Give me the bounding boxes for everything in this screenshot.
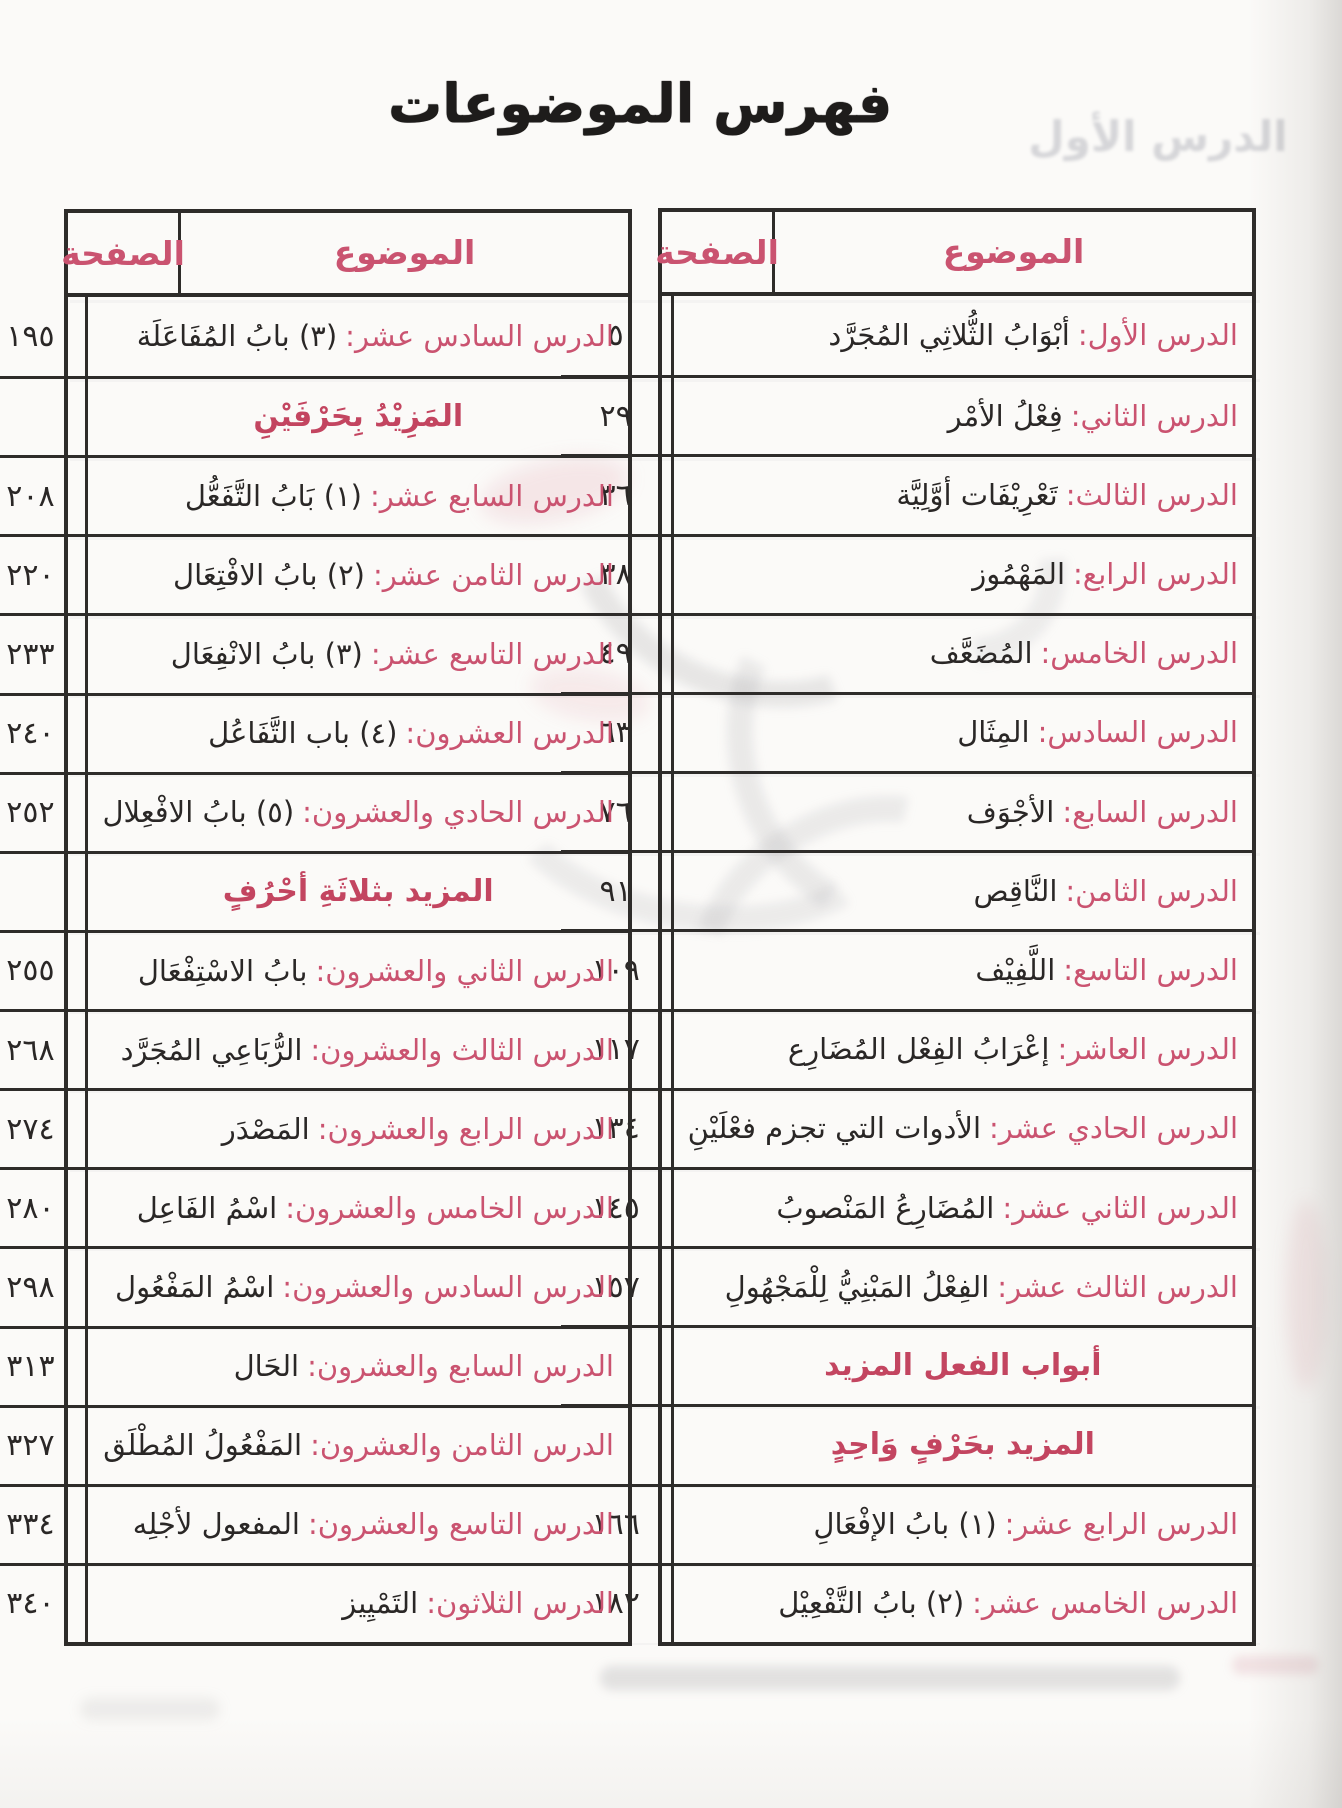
topic-title: تَعْرِيْفَات أوَّلِيَّة xyxy=(896,473,1057,518)
section-heading-row: المزيد بثلاثَةِ أحْرُفٍ xyxy=(0,851,628,930)
lesson-label: الدرس الأول: xyxy=(1078,313,1238,358)
topic-title: الفِعْلُ المَبْنِيُّ لِلْمَجْهُولِ xyxy=(725,1265,990,1310)
page-number-cell: ٢٩٨ xyxy=(0,1249,85,1325)
topic-cell: الدرس الرابع:المَهْمُوز xyxy=(671,537,1252,613)
lesson-label: الدرس الثلاثون: xyxy=(426,1581,614,1626)
page-number-cell: ٣٣٤ xyxy=(0,1487,85,1563)
topic-cell: الدرس الثامن:النَّاقِص xyxy=(671,853,1252,929)
topic-title: المَصْدَر xyxy=(222,1107,310,1152)
lesson-label: الدرس العاشر: xyxy=(1057,1027,1238,1072)
topic-title: الرُّبَاعِي المُجَرَّد xyxy=(121,1028,303,1073)
topic-title: اسْمُ الفَاعِل xyxy=(137,1186,278,1231)
page-number-cell xyxy=(0,854,85,930)
page-number-cell: ٢٨٠ xyxy=(0,1170,85,1246)
toc-entry-row: الدرس الأول:أبْوَابُ الثُّلاثِي المُجَرَ… xyxy=(561,296,1252,375)
topic-title: (١) بَابُ التَّفَعُّل xyxy=(185,474,362,519)
toc-entry-row: الدرس الثاني والعشرون:بابُ الاسْتِفْعَال… xyxy=(0,930,628,1009)
topic-title: (١) بابُ الإفْعَالِ xyxy=(813,1502,996,1547)
topic-cell: الدرس السادس:المِثَال xyxy=(671,695,1252,771)
topic-cell: الدرس الثاني والعشرون:بابُ الاسْتِفْعَال xyxy=(85,933,628,1009)
lesson-label: الدرس الثالث والعشرون: xyxy=(310,1028,614,1073)
lesson-label: الدرس الثامن: xyxy=(1065,869,1238,914)
lesson-label: الدرس السادس والعشرون: xyxy=(282,1265,614,1310)
toc-entry-row: الدرس التاسع:اللَّفِيْف١٠٩ xyxy=(561,929,1252,1008)
page-number-cell: ٢٦٨ xyxy=(0,1012,85,1088)
topic-cell: الدرس التاسع عشر:(٣) بابُ الانْفِعَال xyxy=(85,616,628,692)
lesson-label: الدرس الثاني: xyxy=(1071,394,1238,439)
toc-entry-row: الدرس الثالث عشر:الفِعْلُ المَبْنِيُّ لِ… xyxy=(561,1246,1252,1325)
page-title: فهرس الموضوعات xyxy=(360,72,920,135)
topic-cell: الدرس الحادي والعشرون:(٥) بابُ الافْعِلا… xyxy=(85,775,628,851)
lesson-label: الدرس الرابع والعشرون: xyxy=(318,1107,614,1152)
toc-entry-row: الدرس الرابع والعشرون:المَصْدَر٢٧٤ xyxy=(0,1088,628,1167)
toc-entry-row: الدرس الرابع:المَهْمُوز٣٨ xyxy=(561,534,1252,613)
toc-entry-row: الدرس السادس والعشرون:اسْمُ المَفْعُول٢٩… xyxy=(0,1246,628,1325)
lesson-label: الدرس الخامس والعشرون: xyxy=(285,1186,614,1231)
topic-title: النَّاقِص xyxy=(974,869,1058,914)
page-number-cell: ٢٣٣ xyxy=(0,616,85,692)
topic-title: المُضَعَّف xyxy=(930,631,1033,676)
topic-cell: الدرس الثامن عشر:(٢) بابُ الافْتِعَال xyxy=(85,537,628,613)
lesson-label: الدرس السابع والعشرون: xyxy=(307,1344,614,1389)
page-number-cell: ٢٤٠ xyxy=(0,696,85,772)
lesson-label: الدرس العشرون: xyxy=(405,711,614,756)
toc-entry-row: الدرس الثامن والعشرون:المَفْعُولُ المُطْ… xyxy=(0,1405,628,1484)
toc-entry-row: الدرس الثاني عشر:المُضَارِعُ المَنْصوبُ١… xyxy=(561,1167,1252,1246)
bleedthrough-text-strip xyxy=(600,1666,1180,1690)
topic-cell: الدرس السابع والعشرون:الحَال xyxy=(85,1329,628,1405)
page-number-cell: ٢٧٤ xyxy=(0,1091,85,1167)
topic-title: (٥) بابُ الافْعِلال xyxy=(102,790,294,835)
page-number-cell xyxy=(0,379,85,455)
page-number-cell: ٢٢٠ xyxy=(0,537,85,613)
toc-entry-row: الدرس الحادي عشر:الأدوات التي تجزم فعْلَ… xyxy=(561,1088,1252,1167)
table-header-row: الموضوع الصفحة xyxy=(662,212,1252,296)
topic-title: (٤) باب التَّفَاعُل xyxy=(208,711,397,756)
topic-title: إعْرَابُ الفِعْل المُضَارِع xyxy=(788,1027,1050,1072)
section-heading-cell: أبواب الفعل المزيد xyxy=(671,1328,1252,1404)
toc-entry-row: الدرس السابع عشر:(١) بَابُ التَّفَعُّل٢٠… xyxy=(0,455,628,534)
toc-entry-row: الدرس السابع:الأجْوَف٧٦ xyxy=(561,771,1252,850)
page-number-cell: ٢٥٥ xyxy=(0,933,85,1009)
topic-title: الأجْوَف xyxy=(967,790,1055,835)
toc-entry-row: الدرس الرابع عشر:(١) بابُ الإفْعَالِ١٦٦ xyxy=(561,1484,1252,1563)
lesson-label: الدرس الحادي والعشرون: xyxy=(302,790,614,835)
page-number-cell: ٣٢٧ xyxy=(0,1408,85,1484)
toc-entry-row: الدرس الخامس:المُضَعَّف٤٩ xyxy=(561,613,1252,692)
topic-cell: الدرس الثاني:فِعْلُ الأمْر xyxy=(671,378,1252,454)
topic-cell: الدرس الخامس عشر:(٢) بابُ التَّفْعِيْل xyxy=(671,1566,1252,1642)
topic-cell: الدرس الثالث عشر:الفِعْلُ المَبْنِيُّ لِ… xyxy=(671,1249,1252,1325)
lesson-label: الدرس الخامس: xyxy=(1041,631,1238,676)
topic-cell: الدرس التاسع:اللَّفِيْف xyxy=(671,932,1252,1008)
topic-cell: الدرس الثلاثون:التَمْيِيز xyxy=(85,1566,628,1642)
toc-entry-row: الدرس العشرون:(٤) باب التَّفَاعُل٢٤٠ xyxy=(0,693,628,772)
topic-title: (٣) بابُ الانْفِعَال xyxy=(171,632,363,677)
topic-title: فِعْلُ الأمْر xyxy=(948,394,1063,439)
bleedthrough-gray-mark xyxy=(80,1698,220,1720)
topic-title: (٢) بابُ التَّفْعِيْل xyxy=(778,1581,964,1626)
bleedthrough-pink-mark xyxy=(1286,1200,1326,1390)
topic-title: المفعول لأجْلِه xyxy=(133,1502,300,1547)
topic-title: أبْوَابُ الثُّلاثِي المُجَرَّد xyxy=(828,313,1069,358)
section-heading-cell: المزيد بثلاثَةِ أحْرُفٍ xyxy=(85,854,628,930)
section-heading-cell: المزيد بحَرْفٍ وَاحِدٍ xyxy=(671,1407,1252,1483)
topic-cell: الدرس الثالث:تَعْرِيْفَات أوَّلِيَّة xyxy=(671,457,1252,533)
toc-entry-row: الدرس الثالث والعشرون:الرُّبَاعِي المُجَ… xyxy=(0,1009,628,1088)
toc-entry-row: الدرس الثالث:تَعْرِيْفَات أوَّلِيَّة٣٦ xyxy=(561,454,1252,533)
toc-entry-row: الدرس التاسع عشر:(٣) بابُ الانْفِعَال٢٣٣ xyxy=(0,613,628,692)
bleedthrough-text-strip xyxy=(1232,1656,1318,1674)
lesson-label: الدرس الثالث عشر: xyxy=(997,1265,1238,1310)
lesson-label: الدرس السابع: xyxy=(1062,790,1238,835)
lesson-label: الدرس التاسع عشر: xyxy=(371,632,614,677)
column-header-topic: الموضوع xyxy=(178,213,628,293)
section-heading-row: المَزِيْدُ بِحَرْفَيْنِ xyxy=(0,376,628,455)
lesson-label: الدرس الثالث: xyxy=(1066,473,1238,518)
topic-title: المَفْعُولُ المُطْلَق xyxy=(103,1423,302,1468)
topic-cell: الدرس الخامس والعشرون:اسْمُ الفَاعِل xyxy=(85,1170,628,1246)
topic-cell: الدرس العشرون:(٤) باب التَّفَاعُل xyxy=(85,696,628,772)
column-header-page: الصفحة xyxy=(662,212,772,292)
toc-entry-row: الدرس الحادي والعشرون:(٥) بابُ الافْعِلا… xyxy=(0,772,628,851)
toc-entry-row: الدرس الخامس عشر:(٢) بابُ التَّفْعِيْل١٨… xyxy=(561,1563,1252,1642)
lesson-label: الدرس التاسع: xyxy=(1063,948,1238,993)
topic-title: المَهْمُوز xyxy=(972,552,1065,597)
toc-entry-row: الدرس السادس:المِثَال٦٣ xyxy=(561,692,1252,771)
toc-entry-row: الدرس الثلاثون:التَمْيِيز٣٤٠ xyxy=(0,1563,628,1642)
lesson-label: الدرس السابع عشر: xyxy=(370,474,614,519)
topic-cell: الدرس الرابع عشر:(١) بابُ الإفْعَالِ xyxy=(671,1487,1252,1563)
toc-entry-row: الدرس السابع والعشرون:الحَال٣١٣ xyxy=(0,1326,628,1405)
lesson-label: الدرس الثامن والعشرون: xyxy=(310,1423,614,1468)
topic-cell: الدرس العاشر:إعْرَابُ الفِعْل المُضَارِع xyxy=(671,1012,1252,1088)
table-header-row: الموضوع الصفحة xyxy=(68,213,628,297)
topic-title: (٣) بابُ المُفَاعَلَة xyxy=(137,314,337,359)
toc-entry-row: الدرس الثامن:النَّاقِص٩١ xyxy=(561,850,1252,929)
toc-table-right: الموضوع الصفحة الدرس الأول:أبْوَابُ الثُ… xyxy=(658,208,1256,1646)
lesson-label: الدرس الرابع عشر: xyxy=(1005,1502,1238,1547)
lesson-label: الدرس الخامس عشر: xyxy=(972,1581,1238,1626)
lesson-label: الدرس الثاني عشر: xyxy=(1002,1186,1238,1231)
section-heading-cell: المَزِيْدُ بِحَرْفَيْنِ xyxy=(85,379,628,455)
page-number-cell: ٢٠٨ xyxy=(0,458,85,534)
topic-title: الأدوات التي تجزم فعْلَيْنِ xyxy=(688,1106,981,1151)
topic-title: اسْمُ المَفْعُول xyxy=(115,1265,274,1310)
toc-entry-row: الدرس الثامن عشر:(٢) بابُ الافْتِعَال٢٢٠ xyxy=(0,534,628,613)
toc-entry-row: الدرس العاشر:إعْرَابُ الفِعْل المُضَارِع… xyxy=(561,1009,1252,1088)
lesson-label: الدرس السادس: xyxy=(1038,710,1238,755)
topic-cell: الدرس السابع:الأجْوَف xyxy=(671,774,1252,850)
toc-entry-row: الدرس الثاني:فِعْلُ الأمْر٢٩ xyxy=(561,375,1252,454)
topic-cell: الدرس الرابع والعشرون:المَصْدَر xyxy=(85,1091,628,1167)
topic-title: بابُ الاسْتِفْعَال xyxy=(138,949,308,994)
topic-title: اللَّفِيْف xyxy=(975,948,1055,993)
topic-cell: الدرس الثالث والعشرون:الرُّبَاعِي المُجَ… xyxy=(85,1012,628,1088)
topic-cell: الدرس السادس والعشرون:اسْمُ المَفْعُول xyxy=(85,1249,628,1325)
topic-cell: الدرس السادس عشر:(٣) بابُ المُفَاعَلَة xyxy=(85,297,628,376)
column-header-topic: الموضوع xyxy=(772,212,1252,292)
page-number-cell: ٢٥٢ xyxy=(0,775,85,851)
topic-title: الحَال xyxy=(234,1344,300,1389)
table-body: الدرس السادس عشر:(٣) بابُ المُفَاعَلَة١٩… xyxy=(68,297,628,1642)
toc-entry-row: الدرس الخامس والعشرون:اسْمُ الفَاعِل٢٨٠ xyxy=(0,1167,628,1246)
toc-entry-row: الدرس التاسع والعشرون:المفعول لأجْلِه٣٣٤ xyxy=(0,1484,628,1563)
toc-entry-row: الدرس السادس عشر:(٣) بابُ المُفَاعَلَة١٩… xyxy=(0,297,628,376)
section-heading-row: أبواب الفعل المزيد xyxy=(561,1325,1252,1404)
topic-cell: الدرس الثامن والعشرون:المَفْعُولُ المُطْ… xyxy=(85,1408,628,1484)
topic-title: المُضَارِعُ المَنْصوبُ xyxy=(776,1186,994,1231)
lesson-label: الدرس الثاني والعشرون: xyxy=(315,949,614,994)
lesson-label: الدرس السادس عشر: xyxy=(345,314,614,359)
topic-title: (٢) بابُ الافْتِعَال xyxy=(173,553,365,598)
topic-cell: الدرس الحادي عشر:الأدوات التي تجزم فعْلَ… xyxy=(671,1091,1252,1167)
toc-table-left: الموضوع الصفحة الدرس السادس عشر:(٣) بابُ… xyxy=(64,209,632,1646)
table-body: الدرس الأول:أبْوَابُ الثُّلاثِي المُجَرَ… xyxy=(662,296,1252,1642)
topic-cell: الدرس التاسع والعشرون:المفعول لأجْلِه xyxy=(85,1487,628,1563)
topic-title: المِثَال xyxy=(957,710,1029,755)
column-header-page: الصفحة xyxy=(68,213,178,293)
lesson-label: الدرس الرابع: xyxy=(1073,552,1238,597)
lesson-label: الدرس التاسع والعشرون: xyxy=(308,1502,614,1547)
section-heading-row: المزيد بحَرْفٍ وَاحِدٍ xyxy=(561,1404,1252,1483)
lesson-label: الدرس الحادي عشر: xyxy=(989,1106,1238,1151)
bleedthrough-heading: الدرس الأول xyxy=(1028,112,1288,161)
lesson-label: الدرس الثامن عشر: xyxy=(373,553,614,598)
topic-cell: الدرس الثاني عشر:المُضَارِعُ المَنْصوبُ xyxy=(671,1170,1252,1246)
topic-cell: الدرس الأول:أبْوَابُ الثُّلاثِي المُجَرَ… xyxy=(671,296,1252,375)
scanned-book-page: الدرس الأول فهرس الموضوعات الموضوع الصفح… xyxy=(0,0,1342,1808)
topic-cell: الدرس الخامس:المُضَعَّف xyxy=(671,616,1252,692)
page-number-cell: ٣٤٠ xyxy=(0,1566,85,1642)
page-number-cell: ٣١٣ xyxy=(0,1329,85,1405)
page-number-cell: ١٩٥ xyxy=(0,297,85,376)
topic-cell: الدرس السابع عشر:(١) بَابُ التَّفَعُّل xyxy=(85,458,628,534)
topic-title: التَمْيِيز xyxy=(342,1581,418,1626)
